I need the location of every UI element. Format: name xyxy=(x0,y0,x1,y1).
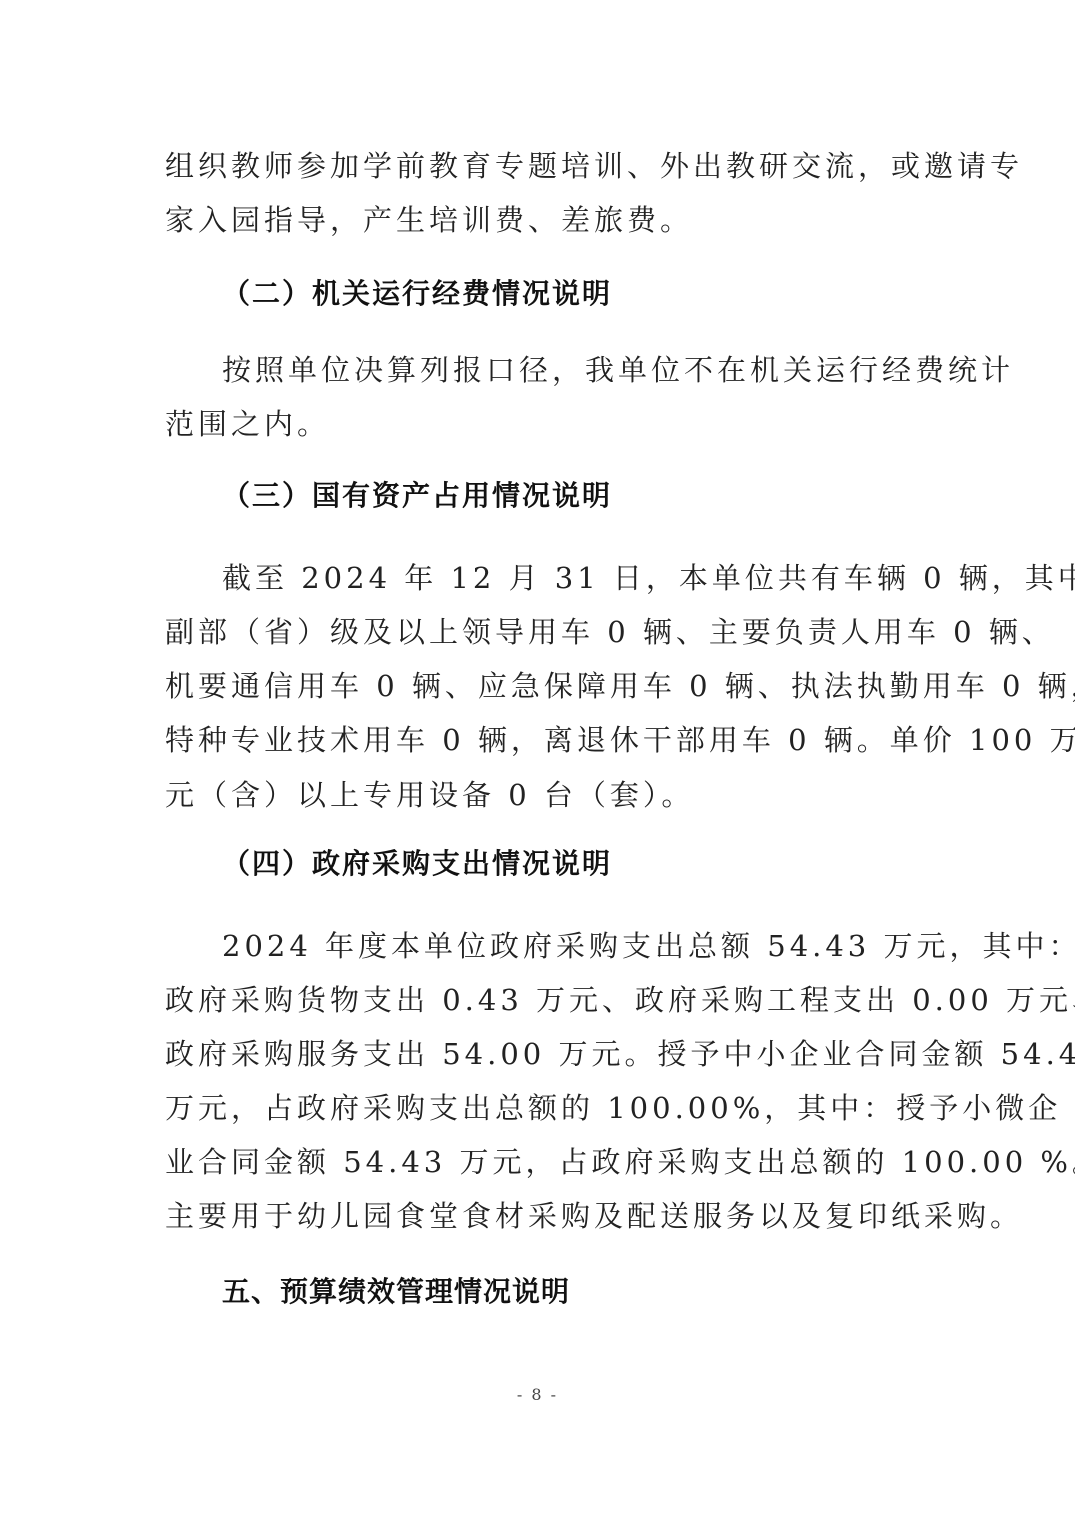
document-page: 组织教师参加学前教育专题培训、外出教研交流，或邀请专 家入园指导，产生培训费、差… xyxy=(0,0,1075,1520)
subheading-government-procurement: （四）政府采购支出情况说明 xyxy=(222,844,612,884)
paragraph-line: 按照单位决算列报口径，我单位不在机关运行经费统计 xyxy=(222,350,982,390)
page-number: - 8 - xyxy=(0,1385,1075,1404)
subheading-operating-expenses: （二）机关运行经费情况说明 xyxy=(222,274,612,314)
paragraph-line: 万元，占政府采购支出总额的 100.00%，其中：授予小微企 xyxy=(165,1088,925,1128)
paragraph-line: 政府采购货物支出 0.43 万元、政府采购工程支出 0.00 万元、 xyxy=(165,980,925,1020)
paragraph-line: 元（含）以上专用设备 0 台（套）。 xyxy=(165,775,925,815)
section-heading-performance-management: 五、预算绩效管理情况说明 xyxy=(222,1272,570,1312)
paragraph-line: 组织教师参加学前教育专题培训、外出教研交流，或邀请专 xyxy=(165,146,925,186)
paragraph-line: 政府采购服务支出 54.00 万元。授予中小企业合同金额 54.43 xyxy=(165,1034,925,1074)
paragraph-line: 机要通信用车 0 辆、应急保障用车 0 辆、执法执勤用车 0 辆， xyxy=(165,666,925,706)
paragraph-line: 业合同金额 54.43 万元，占政府采购支出总额的 100.00 %。 xyxy=(165,1142,925,1182)
paragraph-line: 家入园指导，产生培训费、差旅费。 xyxy=(165,200,925,240)
subheading-state-assets: （三）国有资产占用情况说明 xyxy=(222,476,612,516)
paragraph-line: 范围之内。 xyxy=(165,404,925,444)
paragraph-line: 特种专业技术用车 0 辆，离退休干部用车 0 辆。单价 100 万 xyxy=(165,720,925,760)
paragraph-line: 副部（省）级及以上领导用车 0 辆、主要负责人用车 0 辆、 xyxy=(165,612,925,652)
paragraph-line: 截至 2024 年 12 月 31 日，本单位共有车辆 0 辆，其中， xyxy=(222,558,982,598)
paragraph-line: 2024 年度本单位政府采购支出总额 54.43 万元，其中： xyxy=(222,926,982,966)
paragraph-line: 主要用于幼儿园食堂食材采购及配送服务以及复印纸采购。 xyxy=(165,1196,925,1236)
